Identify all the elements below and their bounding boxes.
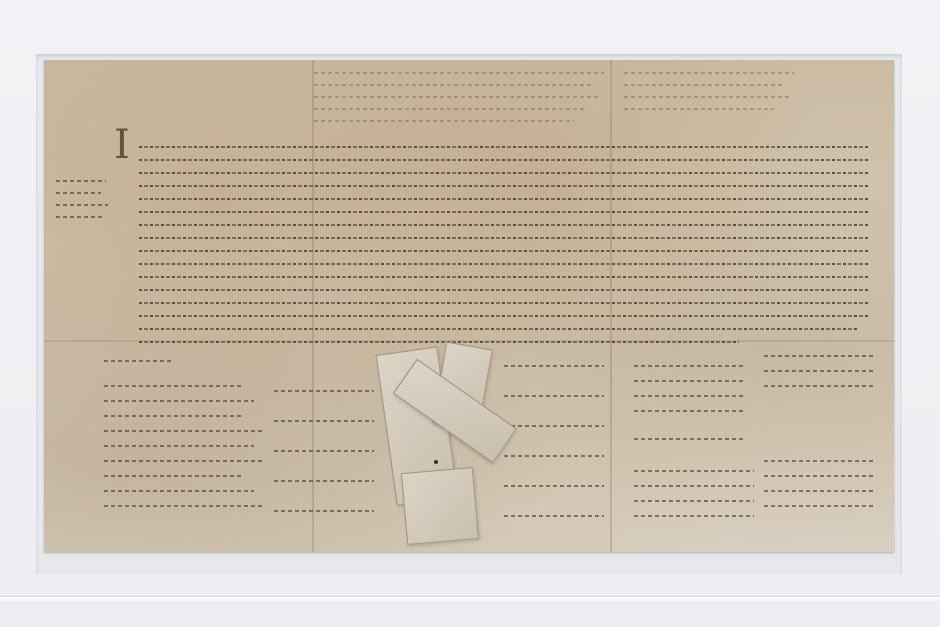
- fold-line: [312, 60, 314, 552]
- decorative-initial: I: [114, 122, 130, 168]
- fold-line: [610, 60, 612, 552]
- frame-bottom-edge: [0, 596, 940, 601]
- manuscript-document: I: [44, 60, 894, 552]
- seal-hole: [434, 460, 438, 464]
